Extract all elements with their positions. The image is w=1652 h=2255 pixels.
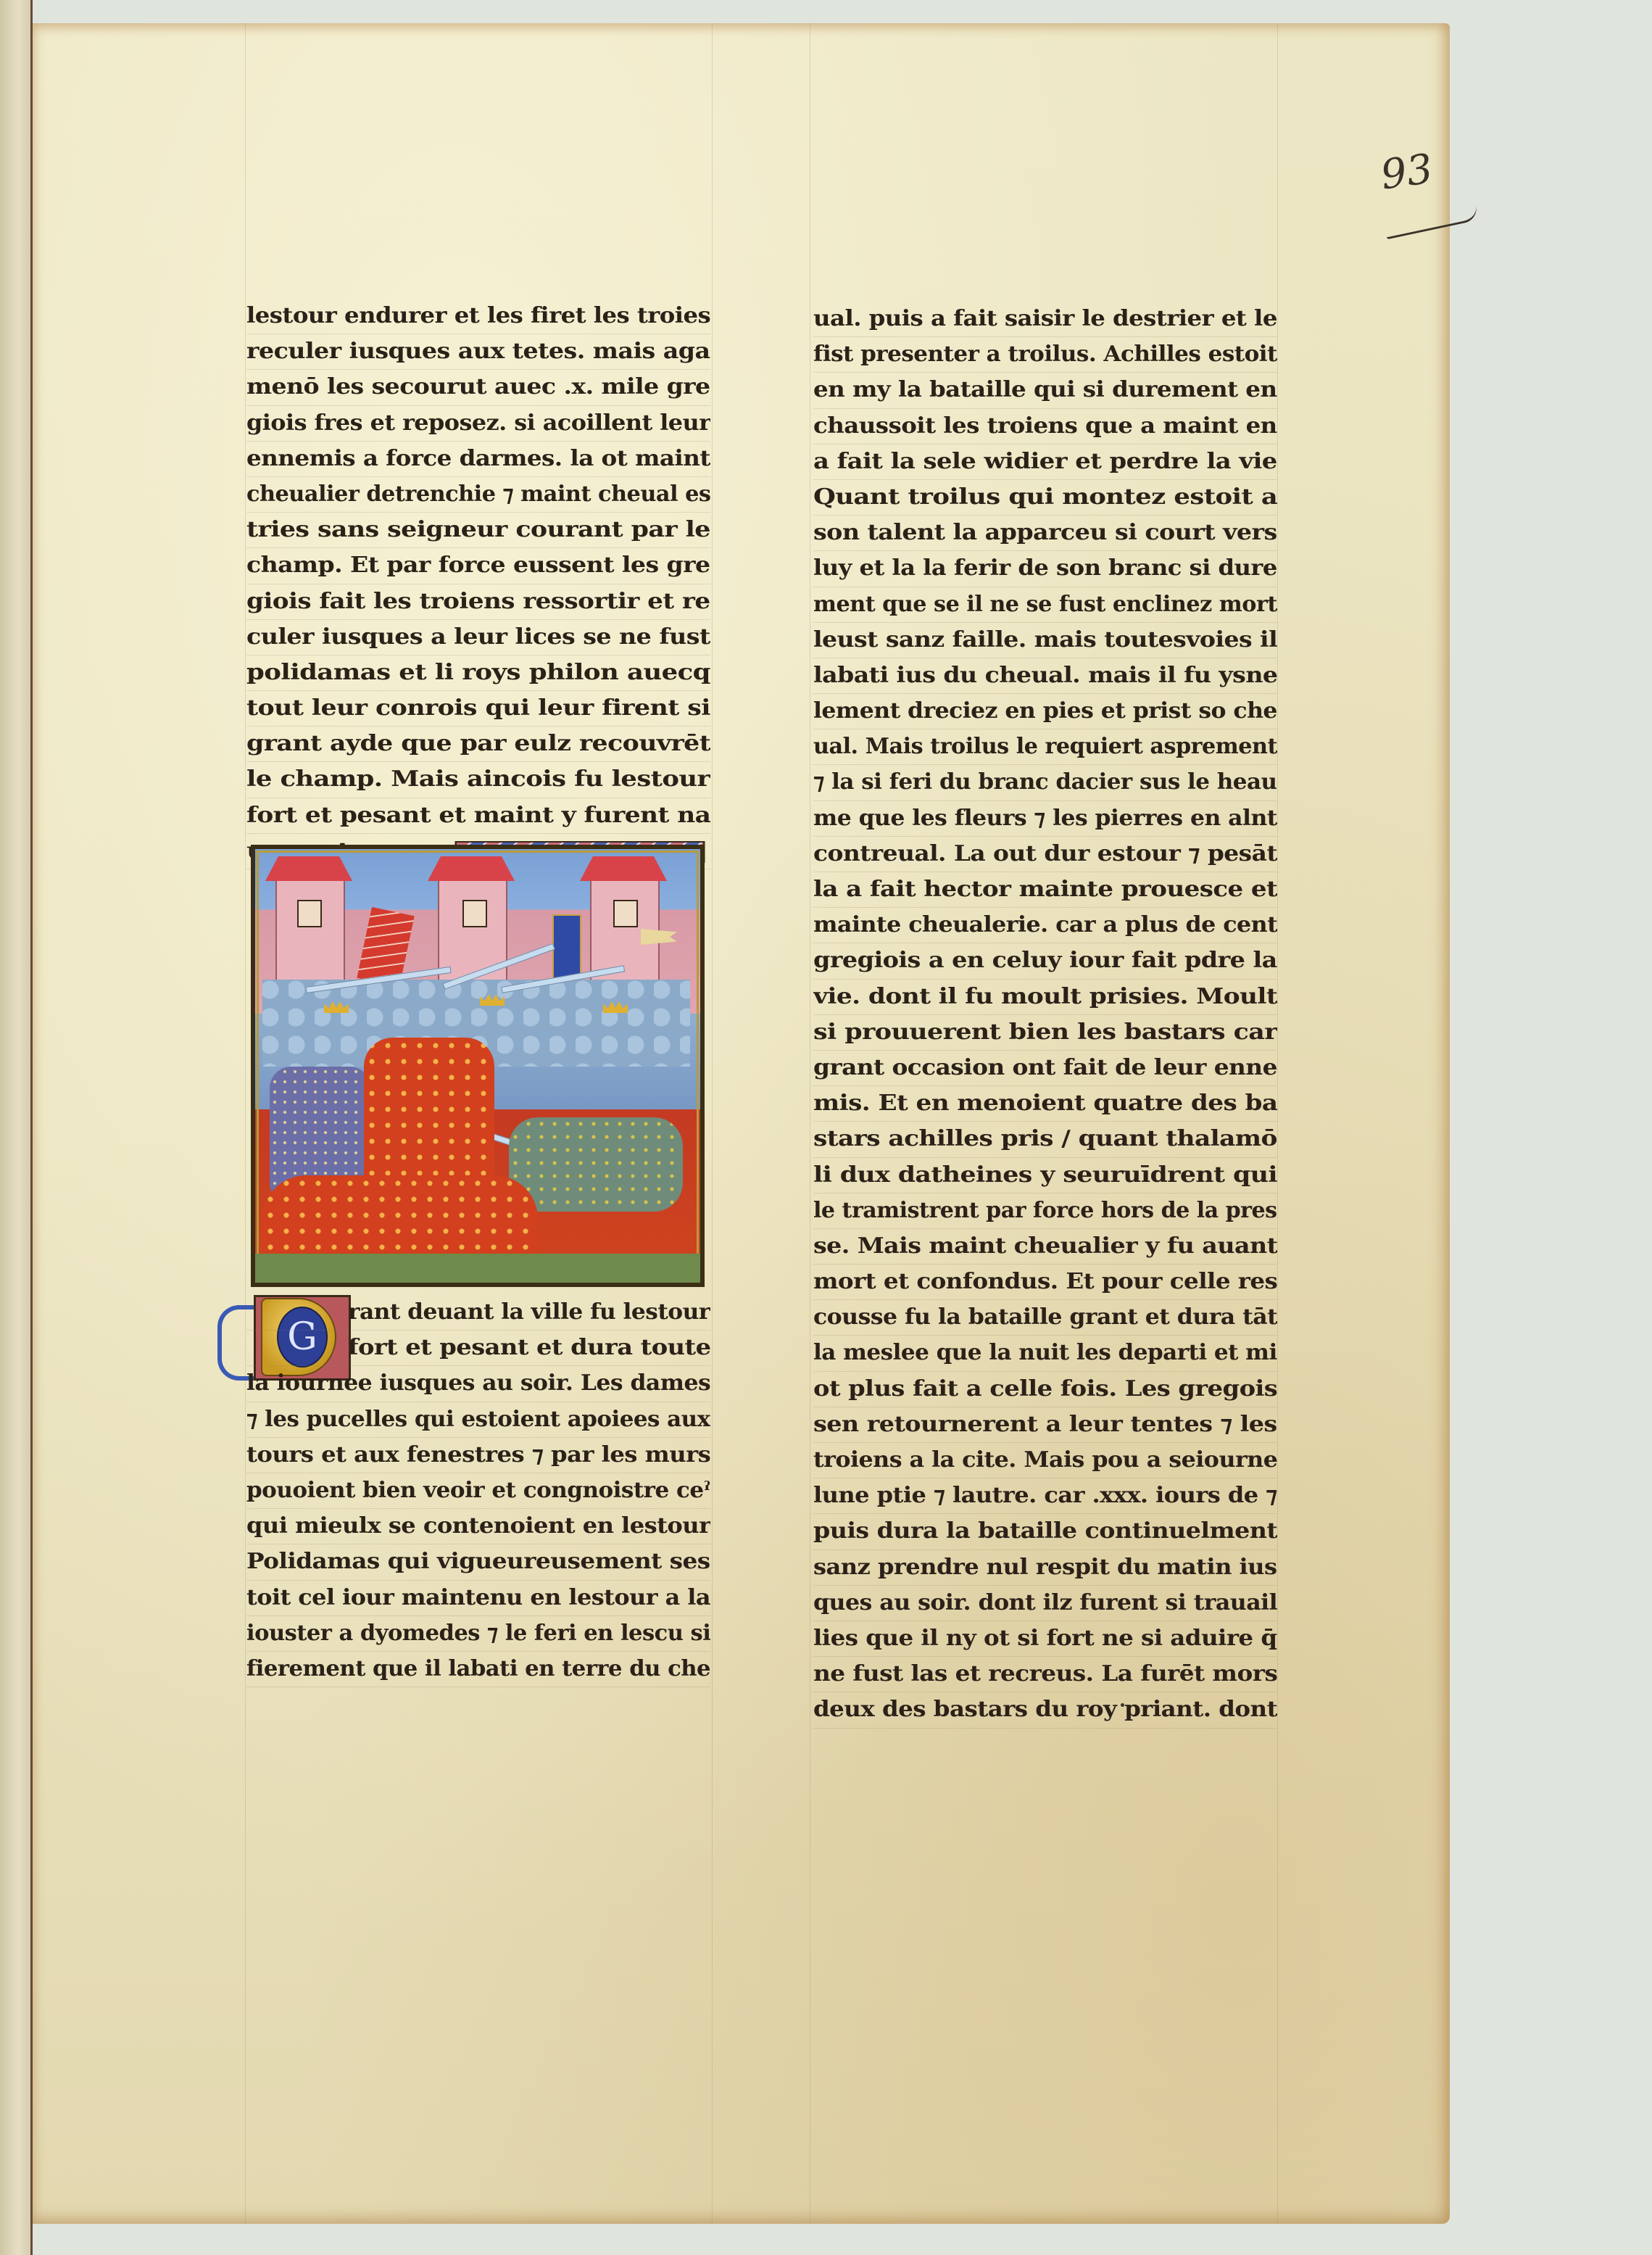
text-line: ⁊ les pucelles qui estoient apoiees aux xyxy=(246,1402,710,1438)
text-line: son talent la apparceu si court vers xyxy=(813,516,1277,551)
blue-banner xyxy=(552,914,581,982)
text-line: gregiois a en celuy iour fait pdre la xyxy=(813,943,1277,979)
text-line: grant occasion ont fait de leur enne xyxy=(813,1051,1277,1086)
text-line: ual. Mais troilus le requiert asprement xyxy=(813,729,1277,765)
text-line: tries sans seigneur courant par le xyxy=(246,513,710,548)
right-column-text: ual. puis a fait saisir le destrier et l… xyxy=(813,302,1277,1729)
text-line: me que les fleurs ⁊ les pierres en alnt xyxy=(813,801,1277,837)
text-line: a fait la sele widier et perdre la vie xyxy=(813,444,1277,480)
text-line: ques au soir. dont ilz furent si trauail xyxy=(813,1586,1277,1621)
text-line: fort et pesant et dura toute xyxy=(246,1331,710,1366)
text-line: qui mieulx se contenoient en lestour xyxy=(246,1509,710,1544)
text-line: ne fust las et recreus. La furēt mors xyxy=(813,1657,1277,1692)
text-line: li dux datheines y seuruīdrent qui xyxy=(813,1158,1277,1193)
text-line: mort et confondus. Et pour celle res xyxy=(813,1265,1277,1300)
text-line: labati ius du cheual. mais il fu ysne xyxy=(813,658,1277,694)
text-line: lestour endurer et les firet les troies xyxy=(246,299,710,334)
text-line: lement dreciez en pies et prist so che xyxy=(813,694,1277,729)
text-line: vie. dont il fu moult prisies. Moult xyxy=(813,980,1277,1015)
text-line: ot plus fait a celle fois. Les gregois xyxy=(813,1372,1277,1407)
text-line: puis dura la bataille continuelment xyxy=(813,1514,1277,1549)
ruling-line xyxy=(712,23,713,2224)
text-line: fierement que il labati en terre du che xyxy=(246,1652,710,1687)
lady-face xyxy=(297,900,322,927)
ruling-line xyxy=(245,23,246,2224)
battle-miniature xyxy=(251,845,705,1287)
text-line: la meslee que la nuit les departi et mi xyxy=(813,1336,1277,1371)
text-line: rant deuant la ville fu lestour xyxy=(246,1295,710,1331)
text-line: ⁊ la si feri du branc dacier sus le heau xyxy=(813,765,1277,800)
text-line: la a fait hector mainte prouesce et xyxy=(813,872,1277,908)
left-column-upper-text: lestour endurer et les firet les troies … xyxy=(246,299,710,869)
gold-pennant xyxy=(641,929,677,945)
tower-roof xyxy=(265,856,352,881)
text-line: contreual. La out dur estour ⁊ pesāt xyxy=(813,837,1277,872)
folio-number: 93 xyxy=(1378,145,1436,199)
text-line: polidamas et li roys philon auecq xyxy=(246,655,710,691)
text-line: tout leur conrois qui leur firent si xyxy=(246,691,710,727)
text-line: reculer iusques aux tetes. mais aga xyxy=(246,334,710,370)
ruling-line xyxy=(810,23,810,2224)
text-line: pouoient bien veoir et congnoistre ceˀ xyxy=(246,1473,710,1509)
text-line: giois fres et reposez. si acoillent leur xyxy=(246,406,710,442)
text-line: le champ. Mais aincois fu lestour xyxy=(246,762,710,798)
text-line: ennemis a force darmes. la ot maint xyxy=(246,442,710,477)
text-line: grant ayde que par eulz recouvrēt xyxy=(246,727,710,762)
tower-roof xyxy=(580,856,667,881)
text-line: lune ptie ⁊ lautre. car .xxx. iours de ⁊ xyxy=(813,1478,1277,1514)
left-column-lower-text: rant deuant la ville fu lestour fort et … xyxy=(246,1295,710,1687)
text-line: la iournee iusques au soir. Les dames xyxy=(246,1366,710,1402)
text-line: fort et pesant et maint y furent na xyxy=(246,798,710,834)
green-caparisoned-horse xyxy=(509,1117,683,1212)
text-line: mis. Et en menoient quatre des ba xyxy=(813,1086,1277,1122)
text-line: leust sanz faille. mais toutesvoies il xyxy=(813,623,1277,658)
text-line: culer iusques a leur lices se ne fust xyxy=(246,620,710,655)
lady-face xyxy=(613,900,638,927)
text-line: si prouuerent bien les bastars car xyxy=(813,1015,1277,1051)
text-line: cheualier detrenchie ⁊ maint cheual es xyxy=(246,477,710,513)
text-line: ment que se il ne se fust enclinez mort xyxy=(813,587,1277,623)
text-line: fist presenter a troilus. Achilles estoi… xyxy=(813,337,1277,373)
text-line: tours et aux fenestres ⁊ par les murs xyxy=(246,1438,710,1473)
text-line: toit cel iour maintenu en lestour a la xyxy=(246,1581,710,1616)
tower xyxy=(275,877,345,988)
text-line: champ. Et par force eussent les gre xyxy=(246,548,710,584)
ruling-line xyxy=(1277,23,1278,2224)
text-line: en my la bataille qui si durement en xyxy=(813,373,1277,408)
text-line: sanz prendre nul respit du matin ius xyxy=(813,1550,1277,1586)
text-line: luy et la la ferir de son branc si dure xyxy=(813,551,1277,587)
text-line: deux des bastars du roy priant. dont xyxy=(813,1692,1277,1728)
text-line: se. Mais maint cheualier y fu auant xyxy=(813,1229,1277,1265)
facing-page-edge xyxy=(0,0,33,2255)
text-line: Polidamas qui vigueureusement ses xyxy=(246,1544,710,1580)
text-line: stars achilles pris / quant thalamō xyxy=(813,1122,1277,1157)
text-line: mainte cheualerie. car a plus de cent xyxy=(813,908,1277,943)
text-line: iouster a dyomedes ⁊ le feri en lescu si xyxy=(246,1616,710,1652)
tower-roof xyxy=(428,856,515,881)
text-line: menō les secourut auec .x. mile gre xyxy=(246,370,710,405)
ink-dot xyxy=(1121,1703,1124,1707)
text-line: chaussoit les troiens que a maint en xyxy=(813,409,1277,444)
text-line: lies que il ny ot si fort ne si aduire q… xyxy=(813,1621,1277,1657)
text-line: ual. puis a fait saisir le destrier et l… xyxy=(813,302,1277,337)
text-line: giois fait les troiens ressortir et re xyxy=(246,584,710,620)
text-line: sen retournerent a leur tentes ⁊ les xyxy=(813,1407,1277,1443)
grass-ground xyxy=(255,1254,700,1283)
text-line: le tramistrent par force hors de la pres xyxy=(813,1193,1277,1229)
lady-face xyxy=(462,900,487,927)
text-line: cousse fu la bataille grant et dura tāt xyxy=(813,1300,1277,1336)
text-line: Quant troilus qui montez estoit a xyxy=(813,480,1277,516)
text-line: troiens a la cite. Mais pou a seiourne xyxy=(813,1443,1277,1478)
